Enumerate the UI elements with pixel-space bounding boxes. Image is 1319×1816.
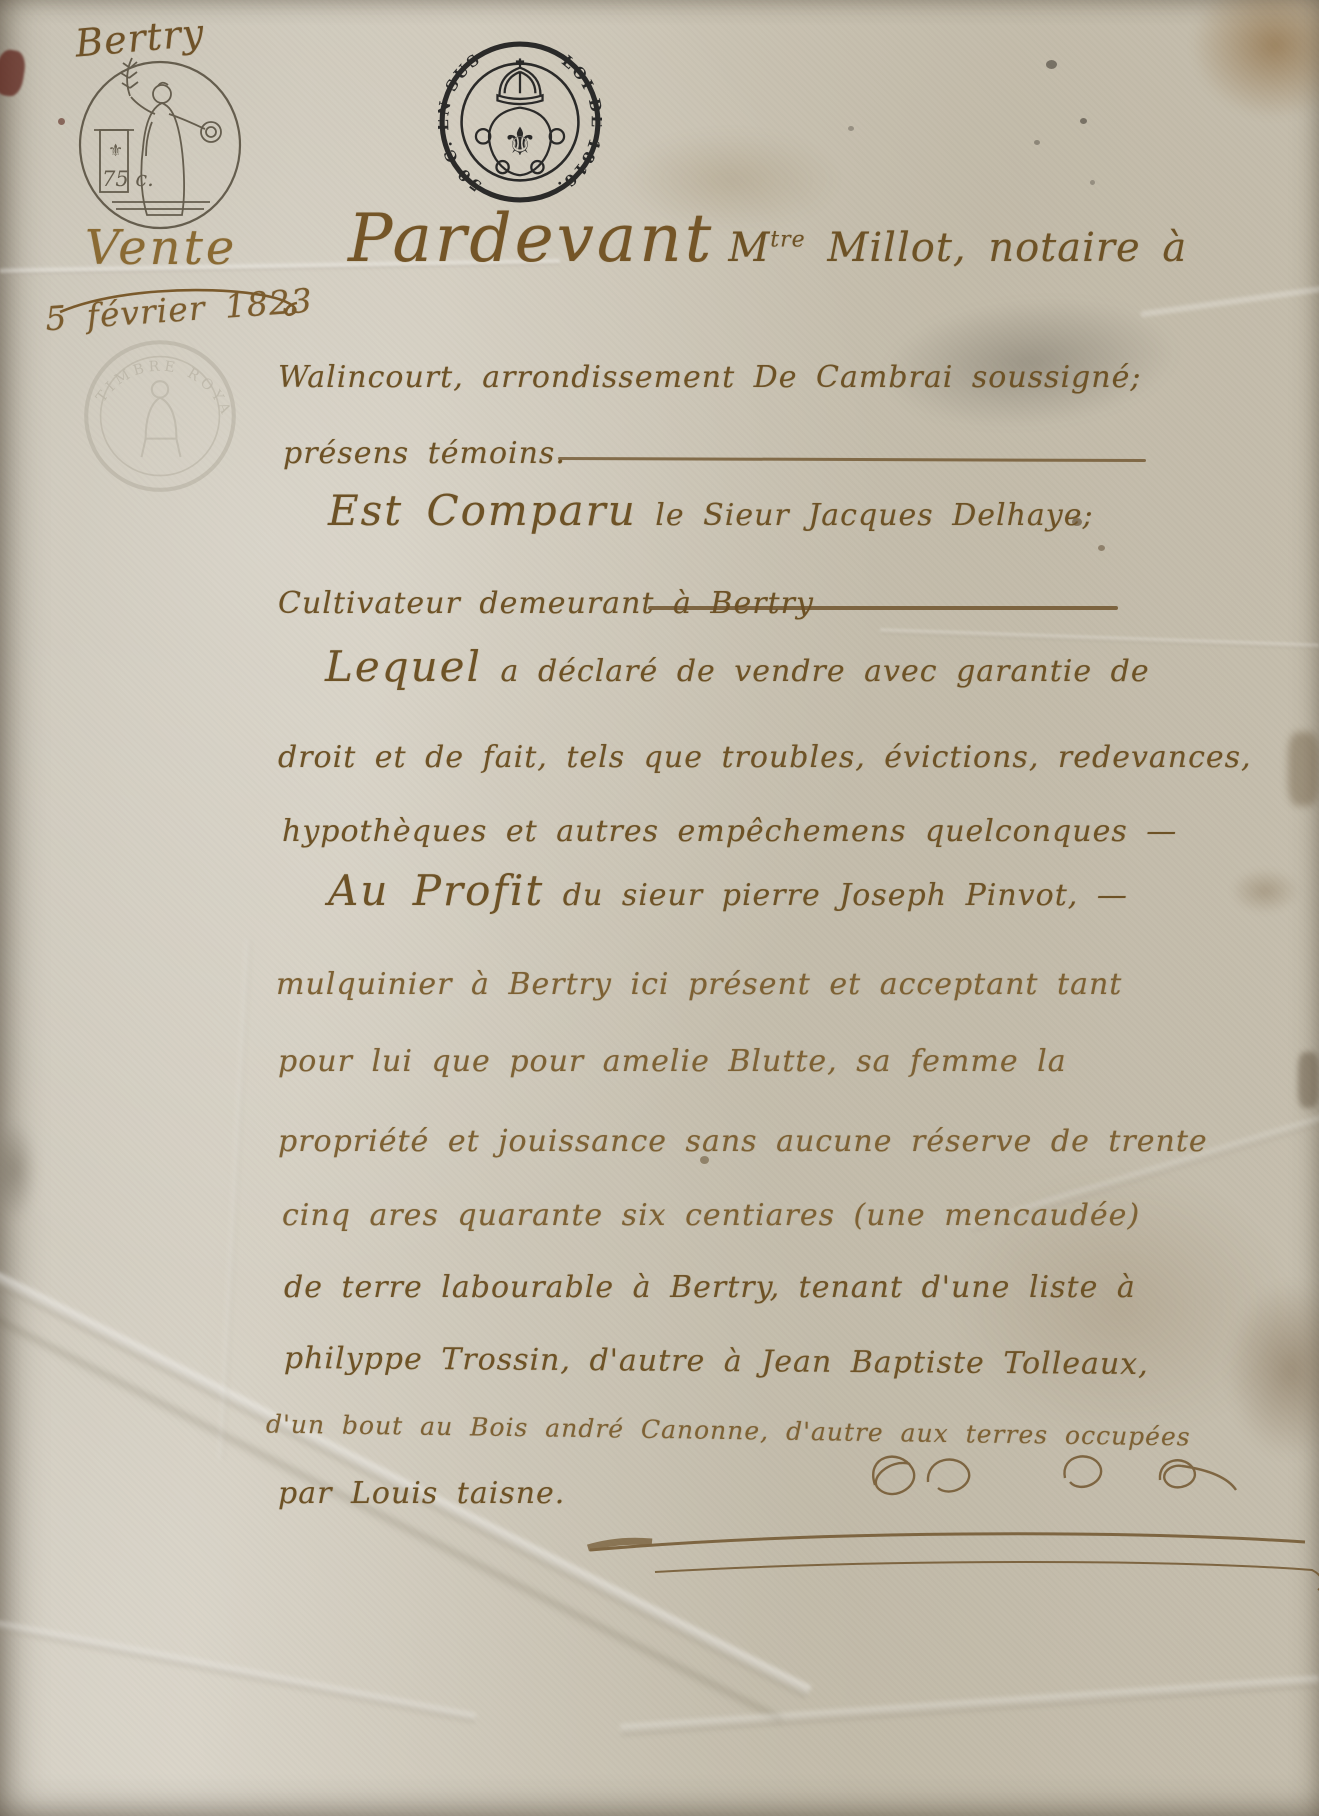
line-lead: Est Comparu [328, 486, 637, 535]
manuscript-line: Walincourt, arrondissement De Cambrai so… [278, 348, 1141, 397]
manuscript-line: Est Comparu le Sieur Jacques Delhaye; [328, 486, 1094, 535]
fleur-de-lis-icon: ⚜ [108, 141, 123, 161]
stain [1288, 732, 1319, 806]
manuscript-line: pour lui que pour amelie Blutte, sa femm… [278, 1032, 1067, 1081]
line-text: cinq ares quarante six centiares (une me… [282, 1198, 1140, 1233]
margin-title: Vente [85, 220, 237, 276]
line-text: propriété et jouissance sans aucune rése… [278, 1124, 1208, 1159]
manuscript-line: de terre labourable à Bertry, tenant d'u… [284, 1258, 1136, 1307]
fiscal-stamp-75c: ⚜ 75 c. [72, 52, 248, 234]
line-text: du sieur pierre Joseph Pinvot, — [544, 878, 1128, 913]
manuscript-line: Cultivateur demeurant à Bertry [278, 574, 814, 623]
notary-name: Millot, notaire à [806, 225, 1188, 271]
line-text: philyppe Trossin, d'autre à Jean Baptist… [284, 1341, 1149, 1382]
fleur-de-lis-icon: ⚜ [503, 120, 538, 165]
line-text: Mtre Millot, notaire à [728, 225, 1187, 271]
line-text: hypothèques et autres empêchemens quelco… [282, 814, 1177, 849]
manuscript-line: présens témoins. [283, 424, 566, 473]
ink-rule [648, 606, 1118, 610]
ink-spot [848, 126, 854, 131]
embossed-seal: TIMBRE ROYAL [78, 332, 242, 496]
line-text: a déclaré de vendre avec garantie de [482, 654, 1150, 689]
royal-crown-stamp: 50 C. EN SUS LOI DE 1816. ⚜ [438, 40, 602, 204]
manuscript-line: Lequel a déclaré de vendre avec garantie… [325, 642, 1150, 691]
stain [0, 1120, 38, 1220]
manuscript-line: mulquinier à Bertry ici présent et accep… [276, 955, 1122, 1004]
ink-spot [1046, 60, 1057, 69]
document-page: Bertry ⚜ 75 c. [0, 0, 1319, 1816]
notary-abbrev: M [728, 225, 770, 271]
line-text: le Sieur Jacques Delhaye; [637, 498, 1094, 533]
line-text: mulquinier à Bertry ici présent et accep… [276, 967, 1122, 1002]
ink-spot [1098, 545, 1105, 551]
crease [0, 1614, 476, 1723]
crease [620, 1676, 1319, 1737]
line-text: Cultivateur demeurant à Bertry [278, 586, 814, 621]
line-lead: Lequel [325, 642, 482, 691]
line-text: présens témoins. [283, 436, 566, 471]
crease [218, 940, 251, 1460]
manuscript-line: Pardevant Mtre Millot, notaire à [348, 200, 1187, 277]
stain [1190, 0, 1319, 120]
manuscript-line: philyppe Trossin, d'autre à Jean Baptist… [284, 1329, 1149, 1384]
closing-flourish [560, 1430, 1319, 1630]
crease [1141, 281, 1319, 318]
fiscal-stamp-value: 75 c. [102, 167, 154, 191]
manuscript-line: hypothèques et autres empêchemens quelco… [282, 802, 1177, 851]
line-lead: Au Profit [328, 866, 544, 915]
ink-spot [1080, 118, 1087, 124]
ink-spot [1034, 140, 1040, 145]
line-text: pour lui que pour amelie Blutte, sa femm… [278, 1044, 1067, 1079]
manuscript-line: droit et de fait, tels que troubles, évi… [278, 728, 1252, 777]
line-text: droit et de fait, tels que troubles, évi… [278, 740, 1252, 775]
manuscript-line: Au Profit du sieur pierre Joseph Pinvot,… [328, 866, 1128, 915]
figure-robe [141, 103, 184, 215]
wreath [201, 122, 221, 142]
opening-word: Pardevant [348, 200, 714, 277]
ink-spot [58, 118, 65, 125]
manuscript-line: cinq ares quarante six centiares (une me… [282, 1186, 1140, 1235]
notary-abbrev-sup: tre [770, 228, 805, 253]
stain [1298, 1052, 1319, 1108]
stain [0, 48, 27, 98]
line-text: de terre labourable à Bertry, tenant d'u… [284, 1270, 1136, 1305]
ink-spot [1090, 180, 1095, 185]
line-text: par Louis taisne. [278, 1476, 565, 1511]
figure-head [153, 85, 171, 103]
line-text: Walincourt, arrondissement De Cambrai so… [278, 360, 1141, 395]
stain [1230, 868, 1300, 914]
manuscript-line: propriété et jouissance sans aucune rése… [278, 1112, 1208, 1161]
ink-rule [558, 457, 1146, 462]
manuscript-line: par Louis taisne. [278, 1464, 565, 1513]
